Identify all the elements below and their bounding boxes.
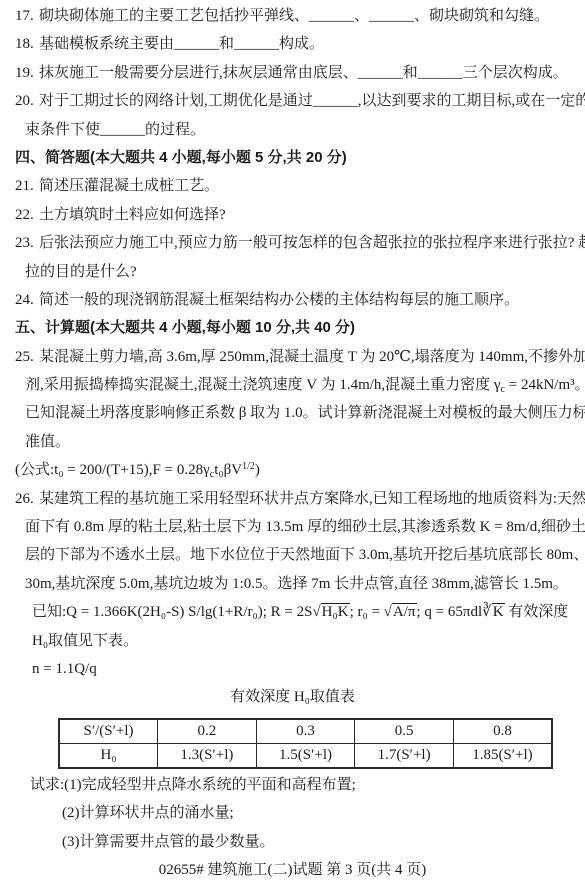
question-17-number: 17.	[15, 2, 39, 30]
exam-paper-page: 17.砌块砌体施工的主要工艺包括抄平弹线、______、______、砌块砌筑和…	[0, 0, 585, 885]
question-25-number: 25.	[15, 343, 39, 371]
question-19-text: 抹灰施工一般需要分层进行,抹灰层通常由底层、______和______三个层次构…	[39, 65, 568, 81]
question-26-continuation-3: 30m,基坑深度 5.0m,基坑边坡为 1:0.5。选择 7m 长井点管,直径 …	[25, 570, 585, 598]
question-20-text-line1: 对于工期过长的网络计划,工期优化是通过______,以达到要求的工期目标,或在一…	[39, 93, 585, 109]
question-23-continuation: 拉的目的是什么?	[25, 258, 585, 286]
question-24-text: 简述一般的现浇钢筋混凝土框架结构办公楼的主体结构每层的施工顺序。	[39, 292, 519, 308]
question-25-text-line3: 已知混凝土坍落度影响修正系数 β 取为 1.0。试计算新浇混凝土对模板的最大侧压…	[25, 405, 585, 421]
footer-page-info: 02655# 建筑施工(二)试题 第 3 页(共 4 页)	[0, 858, 585, 882]
question-23-text-line1: 后张法预应力施工中,预应力筋一般可按怎样的包含超张拉的张拉程序来进行张拉? 超张	[39, 235, 585, 251]
question-25-continuation-1: 剂,采用振捣棒捣实混凝土,混凝土浇筑速度 V 为 1.4m/h,混凝土重力密度 …	[25, 371, 585, 399]
question-18-number: 18.	[15, 30, 39, 58]
table-header-value: 0.8	[453, 719, 552, 744]
question-23-number: 23.	[15, 229, 39, 257]
table-cell: 1.3(S′+l)	[158, 743, 257, 768]
question-26-text-line3: 层的下部为不透水土层。地下水位位于天然地面下 3.0m,基坑开挖后基坑底部长 8…	[25, 547, 585, 563]
question-26-known-formulas: 已知:Q = 1.366K(2H₀-S) S/lg(1+R/r₀); R = 2…	[32, 598, 585, 626]
question-18: 18.基础模板系统主要由______和______构成。	[15, 30, 585, 58]
question-26-continuation-2: 层的下部为不透水土层。地下水位位于天然地面下 3.0m,基坑开挖后基坑底部长 8…	[25, 541, 585, 569]
known-part-b: ; r₀ = √	[350, 604, 392, 620]
question-23: 23.后张法预应力施工中,预应力筋一般可按怎样的包含超张拉的张拉程序来进行张拉?…	[15, 229, 585, 257]
question-21-number: 21.	[15, 172, 39, 200]
question-26-number: 26.	[15, 485, 39, 513]
table-cell: 1.5(S′+l)	[256, 743, 355, 768]
question-24-number: 24.	[15, 286, 39, 314]
question-26-text-line1: 某建筑工程的基坑施工采用轻型环状井点方案降水,已知工程场地的地质资料为:天然地	[39, 491, 585, 507]
question-17-text: 砌块砌体施工的主要工艺包括抄平弹线、______、______、砌块砌筑和勾缝。	[39, 8, 549, 24]
table-title: 有效深度 H₀取值表	[0, 683, 585, 711]
formula-part-a: (公式:t₀ = 200/(T+15),F = 0.28γ	[15, 462, 210, 478]
table-header-row: S′/(S′+l) 0.2 0.3 0.5 0.8	[59, 719, 552, 744]
question-21: 21.简述压灌混凝土成桩工艺。	[15, 172, 585, 200]
question-23-text-line2: 拉的目的是什么?	[25, 264, 137, 280]
table-header-value: 0.3	[256, 719, 355, 744]
effective-depth-table: S′/(S′+l) 0.2 0.3 0.5 0.8 H₀ 1.3(S′+l) 1…	[58, 718, 553, 769]
table-row-label: H₀	[59, 743, 158, 768]
question-26-text-line4: 30m,基坑深度 5.0m,基坑边坡为 1:0.5。选择 7m 长井点管,直径 …	[25, 576, 568, 592]
question-20-continuation: 束条件下使______的过程。	[25, 116, 585, 144]
section-5-heading: 五、计算题(本大题共 4 小题,每小题 10 分,共 40 分)	[15, 314, 585, 342]
question-25-formula: (公式:t₀ = 200/(T+15),F = 0.28γct₀βV1/2)	[15, 456, 585, 484]
question-26: 26.某建筑工程的基坑施工采用轻型环状井点方案降水,已知工程场地的地质资料为:天…	[15, 485, 585, 513]
section-4-heading: 四、简答题(本大题共 4 小题,每小题 5 分,共 20 分)	[15, 144, 585, 172]
table-row: H₀ 1.3(S′+l) 1.5(S′+l) 1.7(S′+l) 1.85(S′…	[59, 743, 552, 768]
known-part-a: 已知:Q = 1.366K(2H₀-S) S/lg(1+R/r₀); R = 2…	[32, 604, 321, 620]
question-20: 20.对于工期过长的网络计划,工期优化是通过______,以达到要求的工期目标,…	[15, 87, 585, 115]
question-21-text: 简述压灌混凝土成桩工艺。	[39, 178, 219, 194]
tasks-block: 试求:(1)完成轻型井点降水系统的平面和高程布置; (2)计算环状井点的涌水量;…	[0, 771, 585, 856]
question-25-text-line1: 某混凝土剪力墙,高 3.6m,厚 250mm,混凝土温度 T 为 20℃,塌落度…	[39, 349, 585, 365]
question-26-known-line2: H₀取值见下表。	[32, 627, 585, 655]
question-24: 24.简述一般的现浇钢筋混凝土框架结构办公楼的主体结构每层的施工顺序。	[15, 286, 585, 314]
question-20-number: 20.	[15, 87, 39, 115]
task-1: 试求:(1)完成轻型井点降水系统的平面和高程布置;	[30, 771, 585, 799]
question-25: 25.某混凝土剪力墙,高 3.6m,厚 250mm,混凝土温度 T 为 20℃,…	[15, 343, 585, 371]
exponent-one-half: 1/2	[242, 461, 255, 472]
question-25-continuation-3: 准值。	[25, 428, 585, 456]
question-18-text: 基础模板系统主要由______和______构成。	[39, 36, 324, 52]
question-25-text-line2b: = 24kN/m³。	[505, 377, 585, 393]
formula-part-b: t₀βV	[214, 462, 242, 478]
table-cell: 1.85(S′+l)	[453, 743, 552, 768]
radicand-k: K	[492, 603, 505, 620]
question-19: 19.抹灰施工一般需要分层进行,抹灰层通常由底层、______和______三个…	[15, 59, 585, 87]
question-22-number: 22.	[15, 201, 39, 229]
question-17: 17.砌块砌体施工的主要工艺包括抄平弹线、______、______、砌块砌筑和…	[15, 2, 585, 30]
radicand-h0k: H₀K	[321, 603, 350, 620]
table-header-label: S′/(S′+l)	[59, 719, 158, 744]
question-26-continuation-1: 面下有 0.8m 厚的粘土层,粘土层下为 13.5m 厚的细砂土层,其渗透系数 …	[25, 513, 585, 541]
question-26-text-line2: 面下有 0.8m 厚的粘土层,粘土层下为 13.5m 厚的细砂土层,其渗透系数 …	[25, 519, 585, 535]
task-3: (3)计算需要井点管的最少数量。	[62, 828, 585, 856]
known-part-c: ; q = 65πdl∛	[417, 604, 492, 620]
task-2: (2)计算环状井点的涌水量;	[62, 799, 585, 827]
formula-part-c: )	[255, 462, 260, 478]
question-25-text-line4: 准值。	[25, 434, 70, 450]
known-part-d: 有效深度	[505, 604, 569, 620]
question-22-text: 土方填筑时土料应如何选择?	[39, 207, 226, 223]
table-cell: 1.7(S′+l)	[355, 743, 454, 768]
table-header-value: 0.2	[158, 719, 257, 744]
radicand-a-over-pi: A/π	[392, 603, 417, 620]
question-20-text-line2: 束条件下使______的过程。	[25, 122, 205, 138]
question-26-n-formula: n = 1.1Q/q	[32, 655, 585, 683]
question-19-number: 19.	[15, 59, 39, 87]
question-22: 22.土方填筑时土料应如何选择?	[15, 201, 585, 229]
question-25-text-line2a: 剂,采用振捣棒捣实混凝土,混凝土浇筑速度 V 为 1.4m/h,混凝土重力密度 …	[25, 377, 501, 393]
table-header-value: 0.5	[355, 719, 454, 744]
question-25-continuation-2: 已知混凝土坍落度影响修正系数 β 取为 1.0。试计算新浇混凝土对模板的最大侧压…	[25, 399, 585, 427]
